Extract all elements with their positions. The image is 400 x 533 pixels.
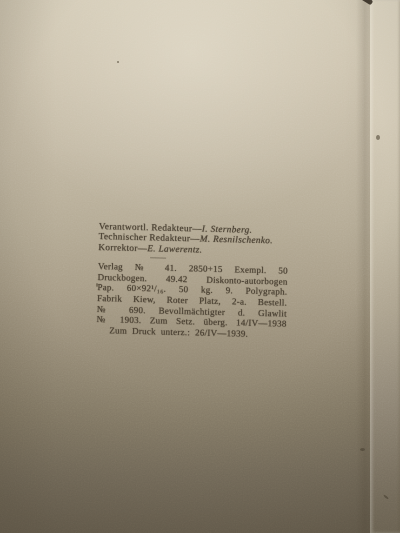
credit-name: I. Sternberg. [202, 224, 253, 235]
imprint-block: Verlag № 41. 2850+15 Exempl. 50 Druckbog… [96, 261, 288, 340]
credits-block: Verantwortl. Redakteur—I. Sternberg. Tec… [98, 221, 291, 257]
credit-name: E. Lawerentz. [147, 243, 202, 254]
section-divider-rule [150, 257, 166, 258]
credit-role: Korrektor— [98, 242, 147, 253]
paper-speck [376, 135, 380, 140]
book-page-photo: Verantwortl. Redakteur—I. Sternberg. Tec… [0, 0, 400, 533]
paper-speck [117, 61, 119, 63]
book-fore-edge [370, 0, 400, 533]
paper-speck [360, 448, 365, 451]
colophon-text-block: Verantwortl. Redakteur—I. Sternberg. Tec… [96, 221, 291, 340]
credit-name: M. Resnilschenko. [200, 234, 273, 246]
